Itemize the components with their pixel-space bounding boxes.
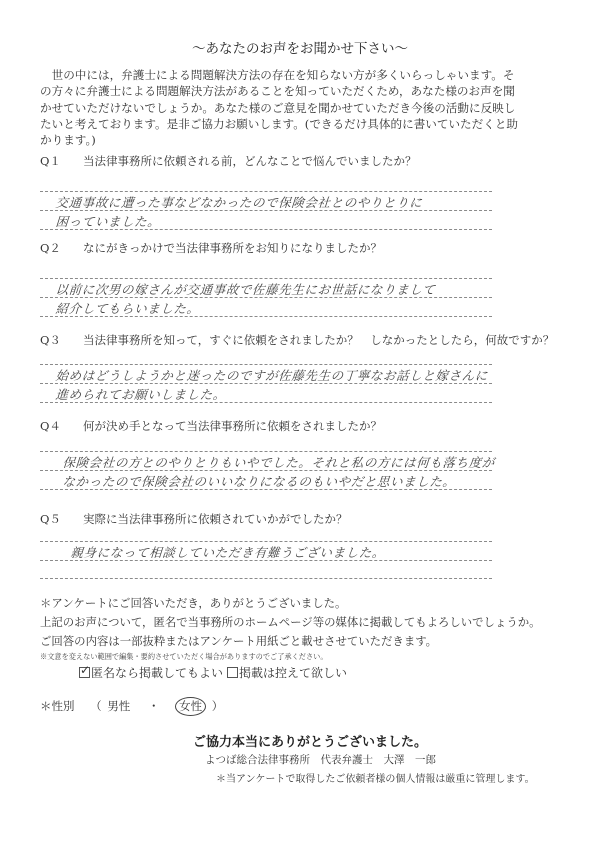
handwritten-answer: 進められてお願いしました。 — [55, 385, 227, 403]
answer-line — [40, 451, 492, 452]
option-decline[interactable]: 掲載は控えて欲しい — [227, 664, 347, 681]
privacy-note: ＊当アンケートで取得したご依頼者様の個人情報は厳重に管理します。 — [216, 770, 535, 785]
question-text: 当法律事務所を知って，すぐに依頼をされましたか？ しなかったとしたら，何故ですか… — [83, 332, 554, 348]
question-label: Q１ — [40, 153, 61, 169]
gender-field: ＊性別 （ 男性 ・ 女性 ） — [40, 697, 223, 716]
handwritten-answer: 困っていました。 — [55, 212, 161, 230]
question-label: Q４ — [40, 418, 61, 434]
option-label: 匿名なら掲載してもよい — [91, 666, 223, 680]
question-text: 何が決め手となって当法律事務所に依頼をされましたか？ — [83, 418, 382, 434]
handwritten-answer: 交通事故に遭った事などなかったので保険会社とのやりとりに — [55, 193, 423, 211]
question-label: Q５ — [40, 511, 61, 527]
survey-title: 〜あなたのお声をお聞かせ下さい〜 — [0, 37, 600, 57]
answer-line — [40, 541, 492, 542]
question-label: Q３ — [40, 332, 61, 348]
handwritten-answer: なかったので保険会社のいいなりになるのもいやだと思いました。 — [62, 472, 456, 490]
answer-line — [40, 191, 492, 192]
checkbox-unchecked[interactable] — [227, 667, 238, 678]
edit-note: ※文意を変えない範囲で編集・要約させていただく場合がありますのでご了承ください。 — [40, 652, 328, 662]
answer-line — [40, 364, 492, 365]
handwritten-answer: 親身になって相談していただき有難うございました。 — [70, 543, 386, 561]
close-paren: ） — [212, 699, 224, 713]
thanks-note: ＊アンケートにご回答いただき，ありがとうございました。 — [40, 595, 346, 611]
handwritten-answer: 紹介してもらいました。 — [55, 299, 200, 317]
handwritten-answer: 始めはどうしようかと迷ったのですが佐藤先生の丁寧なお話しと嫁さんに — [55, 366, 489, 384]
option-label: 掲載は控えて欲しい — [239, 666, 347, 680]
option-anonymous-ok[interactable]: ✓匿名なら掲載してもよい — [79, 664, 223, 681]
open-paren: （ — [90, 699, 102, 713]
closing-thanks: ご協力本当にありがとうございました。 — [193, 731, 427, 750]
gender-option-female-selected[interactable]: 女性 — [175, 697, 206, 716]
handwritten-answer: 以前に次男の嫁さんが交通事故で佐藤先生にお世話になりまして — [55, 280, 436, 298]
checkbox-checked[interactable]: ✓ — [79, 667, 90, 678]
publish-question: 上記のお声について，匿名で当事務所のホームページ等の媒体に掲載してもよろしいでし… — [40, 614, 541, 630]
gender-option-male[interactable]: 男性 — [107, 699, 130, 713]
question-text: なにがきっかけで当法律事務所をお知りになりましたか？ — [83, 240, 382, 256]
gender-label: ＊性別 — [40, 699, 75, 713]
question-label: Q２ — [40, 240, 61, 256]
handwritten-answer: 保険会社の方とのやりとりもいやでした。それと私の方には何も落ち度が — [62, 453, 496, 471]
check-icon: ✓ — [80, 663, 90, 677]
office-signature: よつば総合法律事務所 代表弁護士 大澤 一郎 — [205, 752, 436, 767]
answer-line — [40, 278, 492, 279]
separator: ・ — [148, 699, 160, 713]
question-text: 実際に当法律事務所に依頼されていかがでしたか？ — [83, 511, 348, 527]
answer-line — [40, 578, 492, 579]
intro-paragraph: 世の中には，弁護士による問題解決方法の存在を知らない方が多くいらっしゃいます。そ… — [40, 67, 520, 148]
question-text: 当法律事務所に依頼される前，どんなことで悩んでいましたか？ — [83, 153, 417, 169]
publish-detail: ご回答の内容は一部抜粋またはアンケート用紙ごと載せさせていただきます。 — [40, 633, 437, 649]
